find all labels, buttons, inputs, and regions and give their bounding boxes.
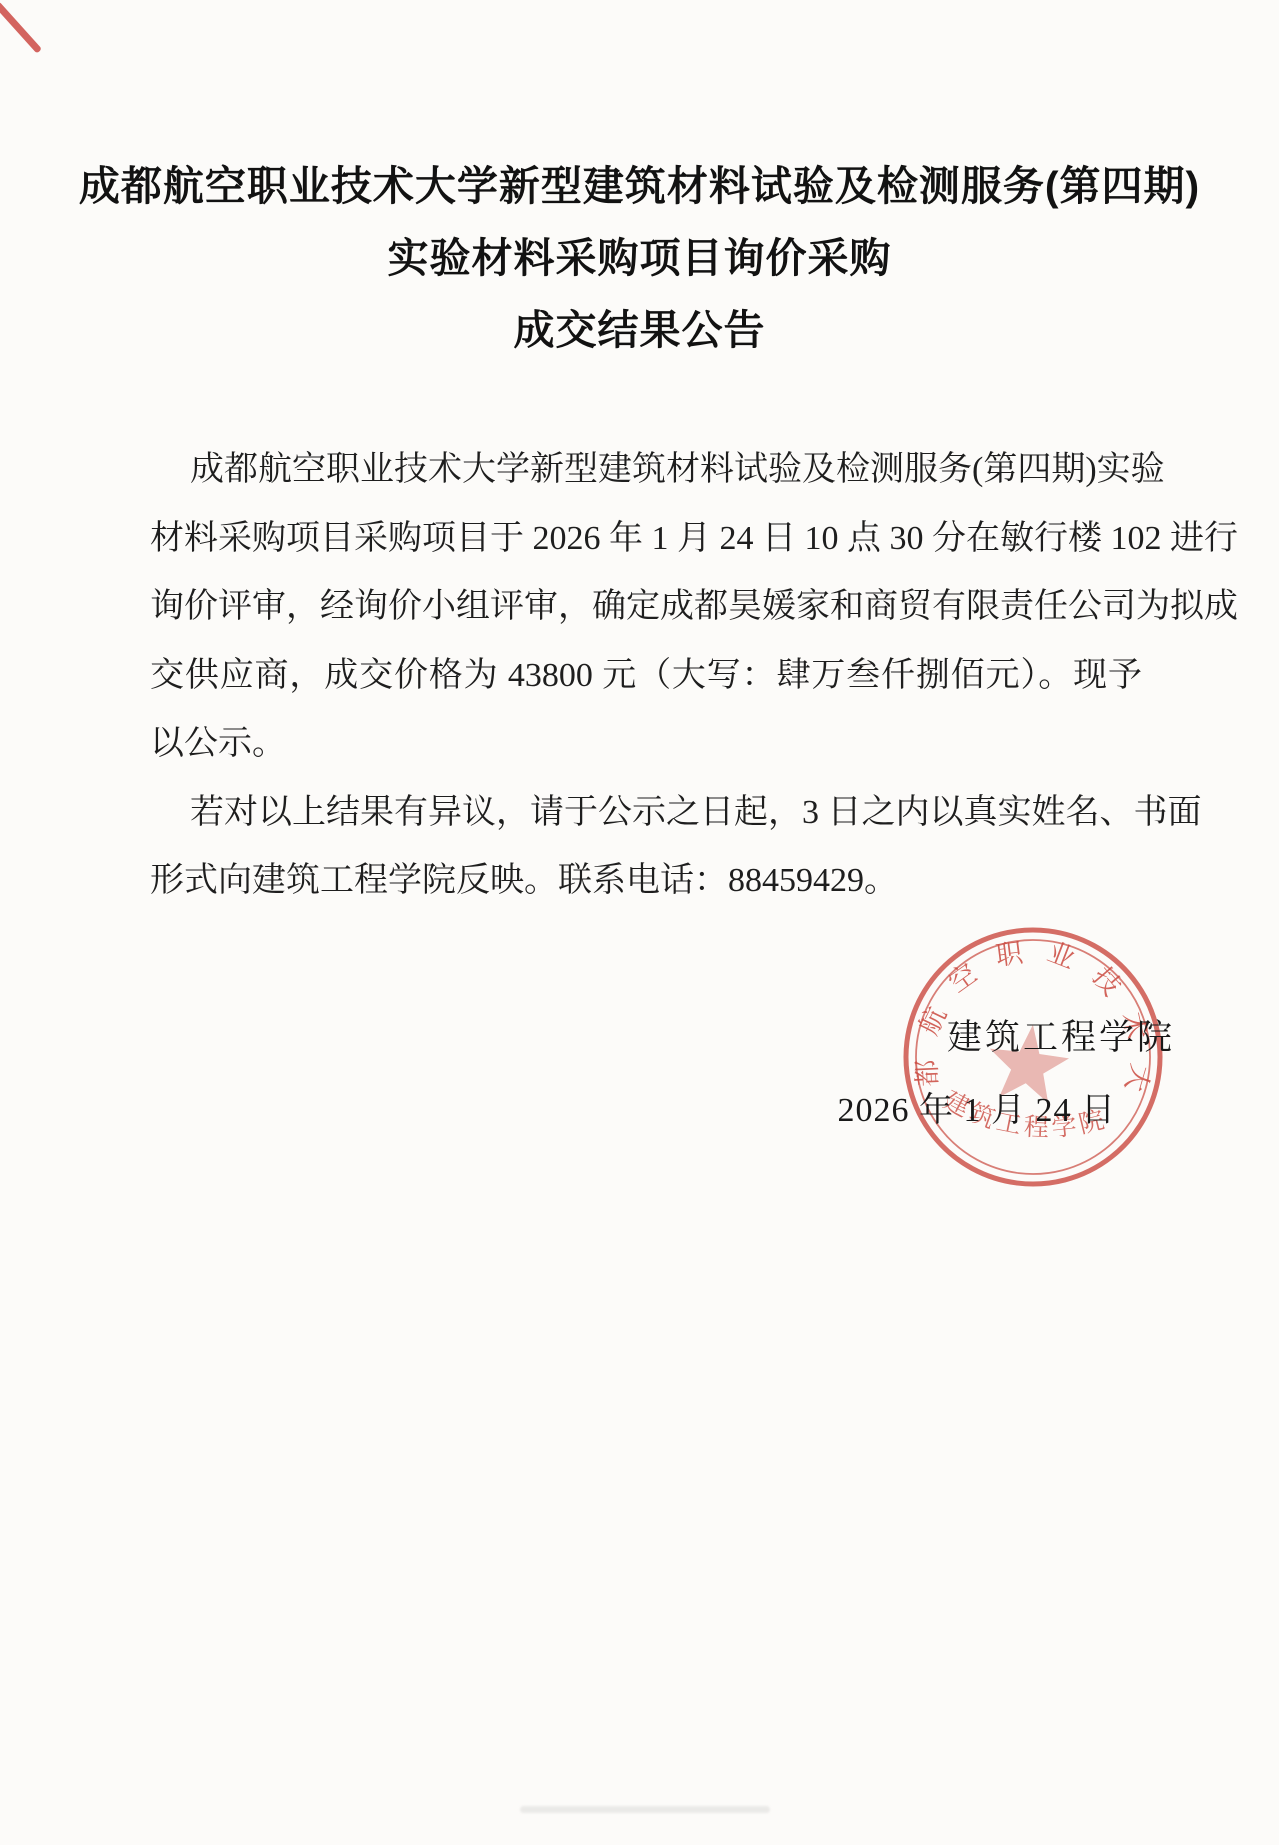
title-line-3: 成交结果公告 — [0, 294, 1279, 366]
body-line: 若对以上结果有异议，请于公示之日起，3 日之内以真实姓名、书面 — [150, 779, 1142, 848]
red-corner-mark — [0, 1, 42, 53]
signature-department: 建筑工程学院 — [947, 1010, 1175, 1060]
body-line: 形式向建筑工程学院反映。联系电话：88459429。 — [150, 847, 1142, 916]
document-title: 成都航空职业技术大学新型建筑材料试验及检测服务(第四期) 实验材料采购项目询价采… — [0, 150, 1279, 366]
body-line: 成都航空职业技术大学新型建筑材料试验及检测服务(第四期)实验 — [150, 436, 1142, 505]
body-line: 询价评审，经询价小组评审，确定成都昊媛家和商贸有限责任公司为拟成 — [150, 573, 1142, 642]
scan-artifact — [520, 1806, 770, 1813]
body-line: 交供应商，成交价格为 43800 元（大写：肆万叁仟捌佰元）。现予以公示。 — [150, 642, 1142, 779]
body-line: 材料采购项目采购项目于 2026 年 1 月 24 日 10 点 30 分在敏行… — [150, 505, 1142, 574]
document-body: 成都航空职业技术大学新型建筑材料试验及检测服务(第四期)实验材料采购项目采购项目… — [150, 436, 1142, 916]
signature-date: 2026 年 1 月 24 日 — [838, 1082, 1117, 1131]
document-page: 成都航空职业技术大学新型建筑材料试验及检测服务(第四期) 实验材料采购项目询价采… — [0, 0, 1279, 1845]
title-line-1: 成都航空职业技术大学新型建筑材料试验及检测服务(第四期) — [0, 150, 1279, 222]
title-line-2: 实验材料采购项目询价采购 — [0, 222, 1279, 294]
